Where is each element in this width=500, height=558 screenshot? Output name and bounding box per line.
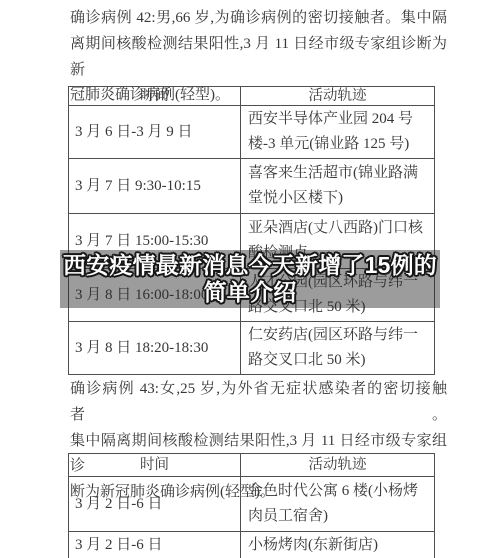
column-header-track: 活动轨迹 [241,87,435,106]
track-cell: 仁安药店(园区环路与纬一路交叉口北 50 米) [241,322,435,375]
table-row: 3 月 6 日-3 月 9 日 西安半导体产业园 204 号楼-3 单元(锦业路… [69,106,435,159]
column-header-track: 活动轨迹 [241,454,435,477]
column-header-time: 时间 [69,87,241,106]
table-header-row: 时间 活动轨迹 [69,454,435,477]
table-row: 3 月 7 日 9:30-10:15 喜客来生活超市(锦业路满堂悦小区楼下) [69,159,435,214]
watermark-title-overlay: 西安疫情最新消息今天新增了15例的 简单介绍 [60,250,440,308]
table-row: 3 月 8 日 18:20-18:30 仁安药店(园区环路与纬一路交叉口北 50… [69,322,435,375]
time-cell: 3 月 2 日-6 日 [69,477,241,532]
time-cell: 3 月 7 日 9:30-10:15 [69,159,241,214]
case-42-line-2: 离期间核酸检测结果阳性,3 月 11 日经市级专家组诊断为新 [70,32,447,84]
time-cell: 3 月 8 日 18:20-18:30 [69,322,241,375]
track-cell: 小杨烤肉(东新街店) [241,532,435,558]
article-page: 确诊病例 42:男,66 岁,为确诊病例的密切接触者。集中隔 离期间核酸检测结果… [0,0,500,558]
activity-table-case-42: 时间 活动轨迹 3 月 6 日-3 月 9 日 西安半导体产业园 204 号楼-… [68,86,435,375]
table-row: 3 月 2 日-6 日 小杨烤肉(东新街店) [69,532,435,558]
time-cell: 3 月 6 日-3 月 9 日 [69,106,241,159]
time-cell: 3 月 2 日-6 日 [69,532,241,558]
overlay-title-line-2: 简单介绍 [204,279,297,307]
track-cell: 喜客来生活超市(锦业路满堂悦小区楼下) [241,159,435,214]
track-cell: 西安半导体产业园 204 号楼-3 单元(锦业路 125 号) [241,106,435,159]
case-42-line-1: 确诊病例 42:男,66 岁,为确诊病例的密切接触者。集中隔 [70,6,447,32]
track-cell: 金色时代公寓 6 楼(小杨烤肉员工宿舍) [241,477,435,532]
table-row: 3 月 2 日-6 日 金色时代公寓 6 楼(小杨烤肉员工宿舍) [69,477,435,532]
table-header-row: 时间 活动轨迹 [69,87,435,106]
overlay-title-line-1: 西安疫情最新消息今天新增了15例的 [63,252,437,280]
activity-table-case-43: 时间 活动轨迹 3 月 2 日-6 日 金色时代公寓 6 楼(小杨烤肉员工宿舍)… [68,453,435,558]
column-header-time: 时间 [69,454,241,477]
case-43-line-1: 确诊病例 43:女,25 岁,为外省无症状感染者的密切接触者。 [70,377,447,429]
